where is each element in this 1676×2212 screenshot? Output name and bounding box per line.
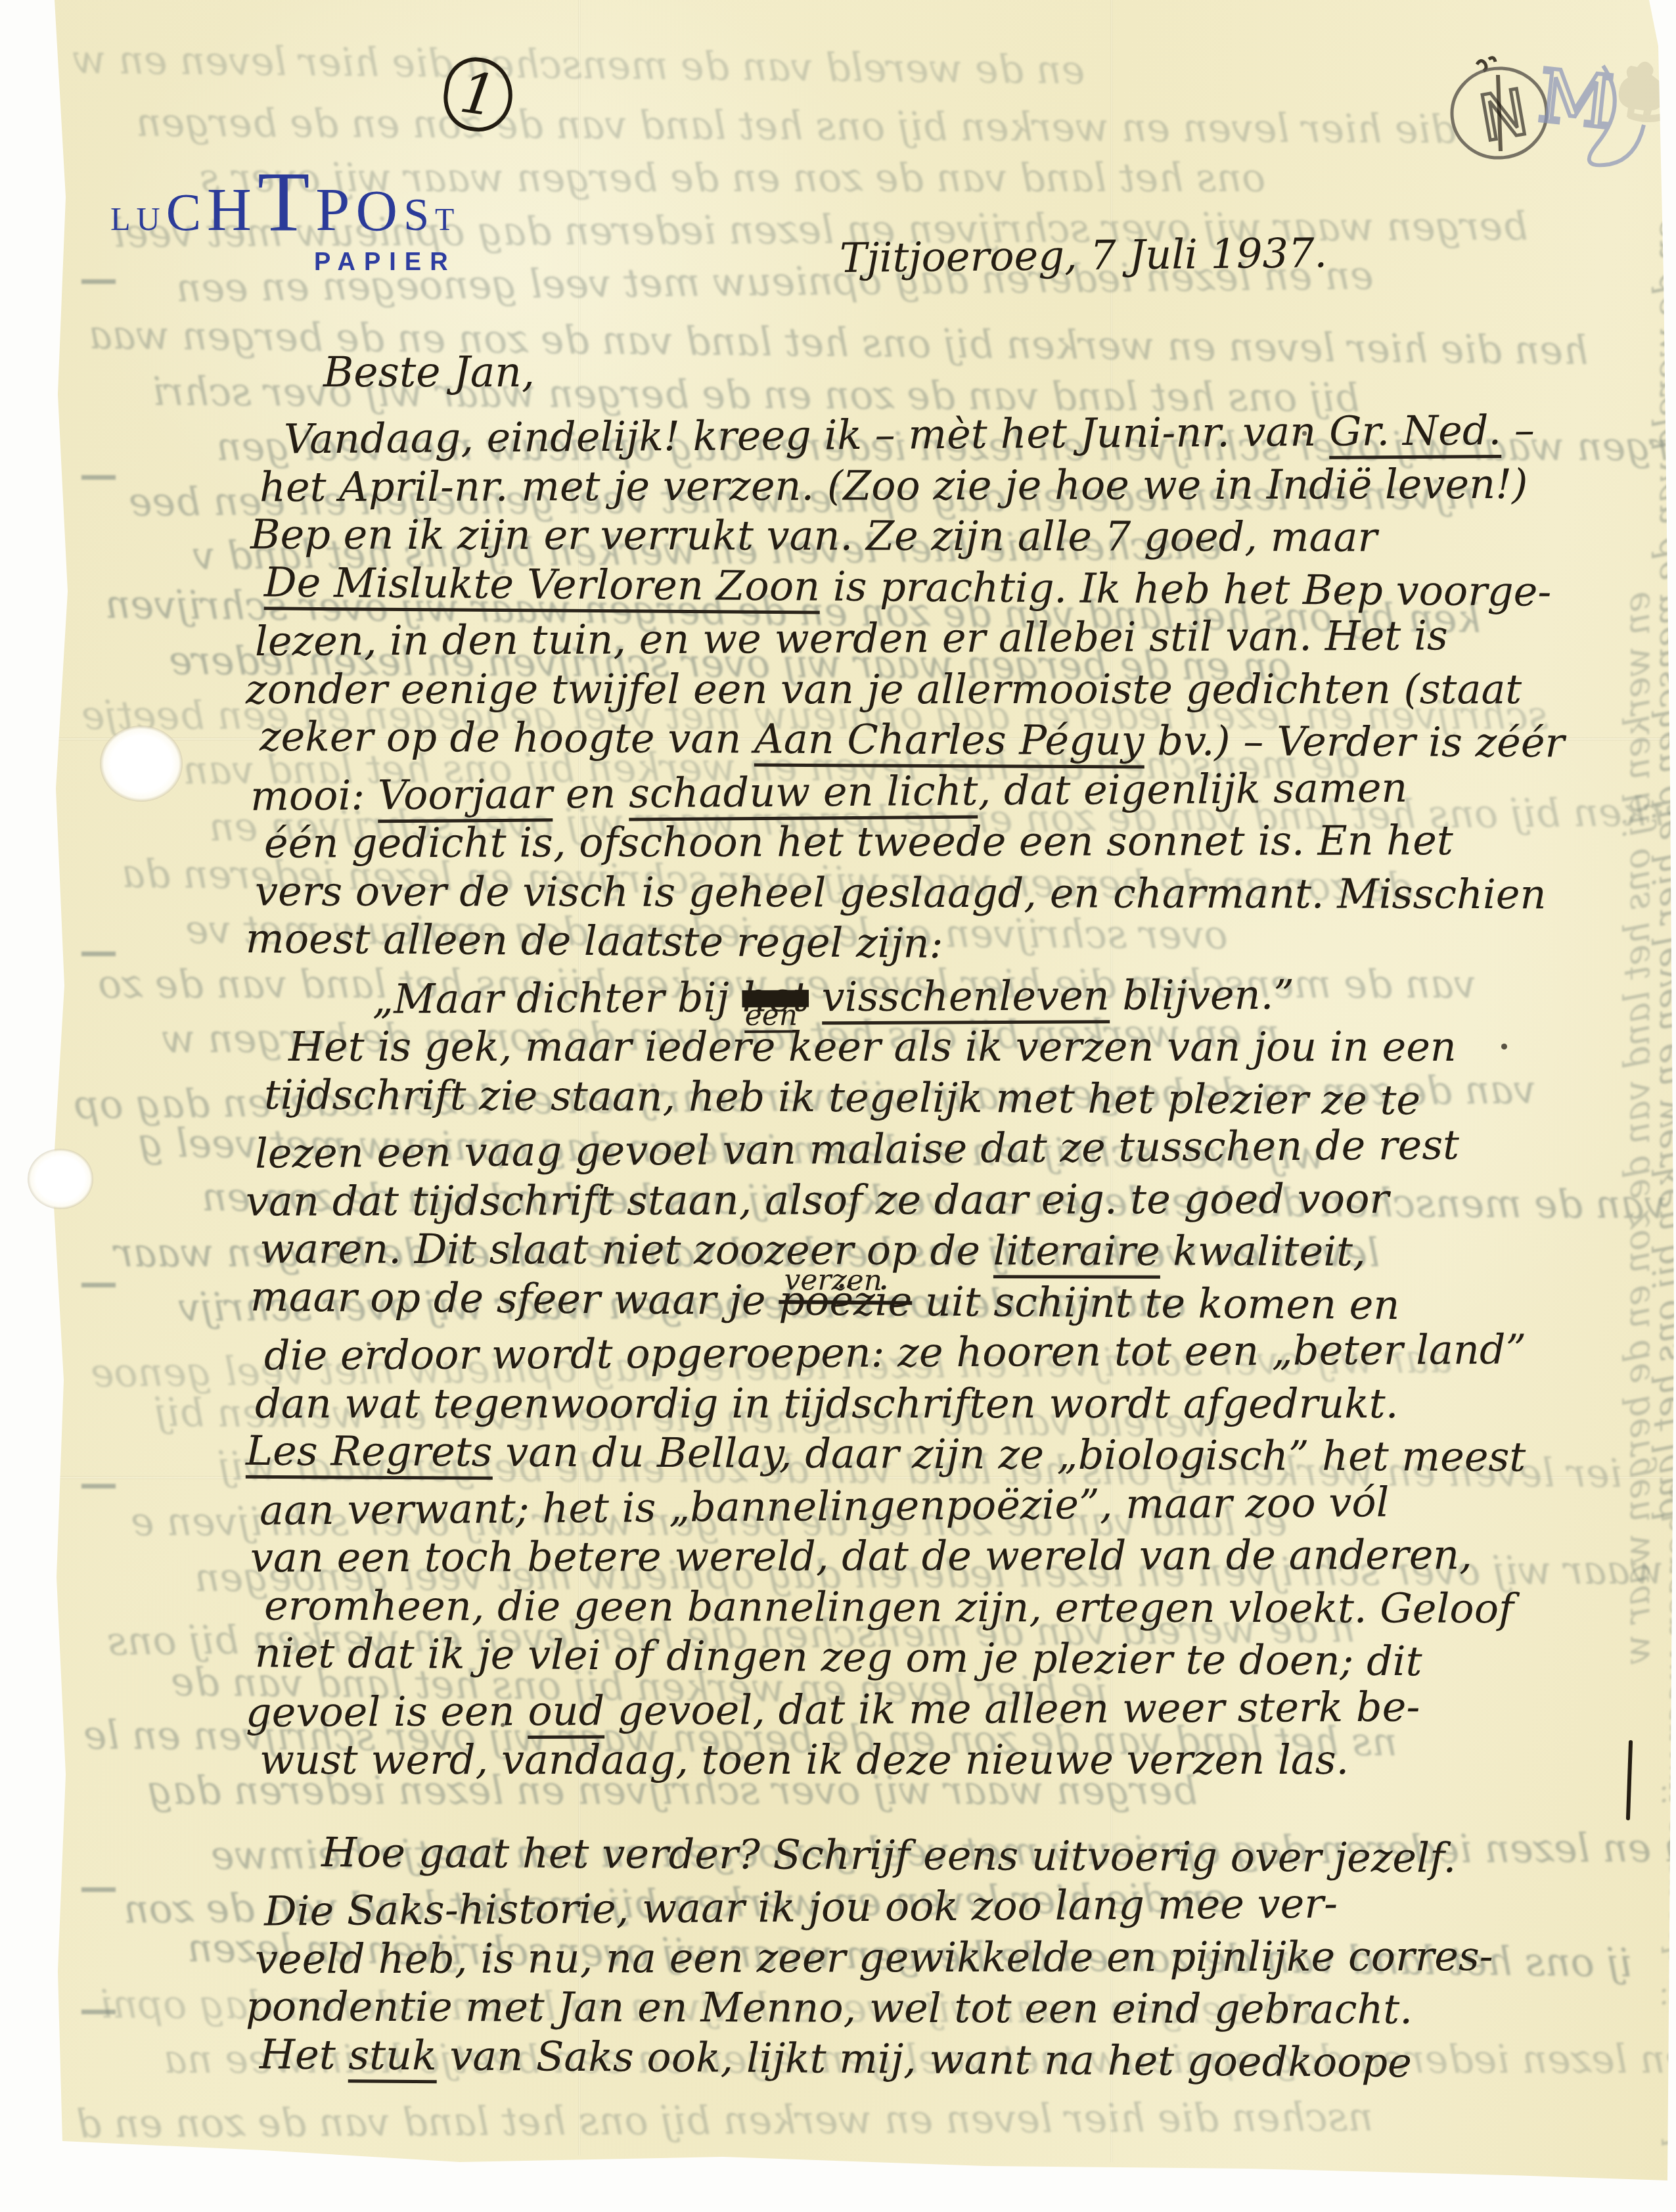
underlined-phrase: Les Regrets xyxy=(246,1427,493,1480)
letter-line: eromheen, die geen bannelingen zijn, ert… xyxy=(264,1580,1635,1634)
underlined-phrase: Aan Charles Péguy xyxy=(754,715,1144,769)
letter-line: zeker op de hoogte van Aan Charles Péguy… xyxy=(260,711,1635,769)
underlined-phrase: visschenleven xyxy=(822,971,1110,1025)
letter-line: één gedicht is, ofschoon het tweede een … xyxy=(264,814,1635,869)
handwritten-text: – xyxy=(1501,406,1535,454)
handwritten-text: Die Saks-historie, waar ik jou ook zoo l… xyxy=(264,1879,1338,1935)
bleedthrough-dash xyxy=(81,2010,116,2014)
handwritten-text: Het xyxy=(260,2030,349,2079)
handwritten-text: Vandaag, eindelijk! kreeg ik – mèt het J… xyxy=(284,407,1330,463)
ink-speck xyxy=(1302,431,1307,436)
handwritten-text: vers over de visch is geheel geslaagd, e… xyxy=(255,867,1547,918)
handwritten-text: blijven.” xyxy=(1109,970,1294,1019)
letter-line: Het is gek, maar iedere keer als ik verz… xyxy=(288,1021,1635,1072)
letter-line: niet dat ik je vlei of dingen zeg om je … xyxy=(255,1627,1635,1688)
letter-line: De Mislukte Verloren Zoon is prachtig. I… xyxy=(264,557,1635,618)
letter-line: moest alleen de laatste regel zijn: xyxy=(246,913,1635,974)
letter-body: Vandaag, eindelijk! kreeg ik – mèt het J… xyxy=(255,409,1635,2085)
pencil-letter: N xyxy=(1474,76,1533,156)
handwritten-text: aan verwant; het is „bannelingenpoëzie”,… xyxy=(260,1478,1390,1534)
ink-speck xyxy=(501,1723,505,1727)
letterhead-letter: O xyxy=(356,183,404,241)
handwritten-text: van dat tijdschrift staan, alsof ze daar… xyxy=(246,1174,1389,1225)
letterhead: LUCHTPOST PAPIER xyxy=(110,159,460,277)
underlined-phrase: Gr. Ned. xyxy=(1329,406,1502,459)
letter-paper: en de wereld van de menschen die hier le… xyxy=(0,0,1676,2212)
handwritten-text: en xyxy=(553,769,629,818)
dateline: Tjitjoeroeg, 7 Juli 1937. xyxy=(840,229,1328,282)
ink-stroke xyxy=(1498,75,1501,151)
underlined-phrase: oud xyxy=(528,1686,604,1739)
bleedthrough-margin-column: e bergen waar wij over schrijven en leze xyxy=(1656,1479,1676,2207)
handwritten-text: waren. Dit slaat niet zoozeer op de xyxy=(260,1224,993,1274)
underlined-phrase: schaduw en licht xyxy=(629,766,978,821)
inserted-word: verzen xyxy=(784,1266,882,1295)
ink-speck xyxy=(1501,1044,1507,1049)
letter-line: Les Regrets van du Bellay, daar zijn ze … xyxy=(246,1425,1635,1483)
letter-line: van dat tijdschrift staan, alsof ze daar… xyxy=(246,1172,1635,1227)
handwritten-text: maar op de sfeer waar je xyxy=(250,1272,779,1324)
handwritten-text: uit schijnt te komen en xyxy=(912,1277,1400,1328)
handwritten-text: moest alleen de laatste regel zijn: xyxy=(246,914,943,967)
letterhead-letter: H xyxy=(207,179,258,241)
letter-line: van een toch betere wereld, dat de werel… xyxy=(250,1529,1635,1583)
letter-line: mooi: Voorjaar en schaduw en licht, dat … xyxy=(250,760,1635,821)
handwritten-text: veeld heb, is nu, na een zeer gewikkelde… xyxy=(255,1931,1493,1983)
handwritten-text: is prachtig. Ik heb het Bep voorge- xyxy=(820,562,1552,615)
letter-line: die erdoor wordt opgeroepen: ze hooren t… xyxy=(264,1324,1635,1381)
handwritten-text: wust werd, vandaag, toen ik deze nieuwe … xyxy=(260,1736,1349,1784)
bleedthrough-line: hen die hier leven en werken bij ons het… xyxy=(89,312,1589,374)
paper-hole xyxy=(100,726,183,802)
letter-line: „Maar dichter bij heteen visschenleven b… xyxy=(373,967,1635,1025)
letter-line: Hoe gaat het verder? Schrijf eens uitvoe… xyxy=(321,1827,1635,1884)
corner-marks: N M xyxy=(1406,39,1676,237)
handwritten-text: het April-nr. met je verzen. (Zoo zie je… xyxy=(260,459,1528,511)
salutation: Beste Jan, xyxy=(323,348,535,396)
handwritten-text: zonder eenige twijfel een van je allermo… xyxy=(246,665,1522,713)
struck-word: heteen xyxy=(742,973,809,1021)
handwritten-text: Het is gek, maar iedere keer als ik verz… xyxy=(288,1023,1457,1071)
letter-line: dan wat tegenwoordig in tijdschriften wo… xyxy=(255,1378,1635,1429)
letterhead-letter: P xyxy=(315,179,355,241)
letter-line: tijdschrift zie staan, heb ik tegelijk m… xyxy=(264,1069,1635,1126)
letterhead-letter: S xyxy=(403,193,435,239)
letter-line: waren. Dit slaat niet zoozeer op de lite… xyxy=(260,1223,1635,1278)
bleedthrough-line: en de wereld van de menschen die hier le… xyxy=(72,37,1085,93)
handwritten-text: kwaliteit, xyxy=(1160,1227,1366,1276)
handwritten-text: lezen, in den tuin, en we werden er alle… xyxy=(255,611,1448,665)
handwritten-text: „Maar dichter bij xyxy=(373,973,742,1023)
handwritten-text: mooi: xyxy=(250,771,378,819)
underlined-phrase: De Mislukte Verloren Zoon xyxy=(264,558,821,614)
letter-line: zonder eenige twijfel een van je allermo… xyxy=(246,664,1635,715)
handwritten-text: Hoe gaat het verder? Schrijf eens uitvoe… xyxy=(321,1828,1457,1881)
letter-line: lezen een vaag gevoel van malaise dat ze… xyxy=(255,1118,1635,1179)
bleedthrough-dash xyxy=(81,1484,116,1488)
handwritten-text: van een toch betere wereld, dat de werel… xyxy=(250,1531,1472,1582)
handwritten-text: één gedicht is, ofschoon het tweede een … xyxy=(264,816,1453,867)
scanned-letter-page: en de wereld van de menschen die hier le… xyxy=(0,0,1676,2212)
letter-line: gevoel is een oud gevoel, dat ik me alle… xyxy=(246,1680,1635,1738)
letter-line: het April-nr. met je verzen. (Zoo zie je… xyxy=(260,458,1635,513)
letterhead-letter: T xyxy=(258,159,315,244)
bleedthrough-dash xyxy=(81,1887,116,1892)
paper-edge-tear xyxy=(28,1149,93,1209)
handwritten-text: dan wat tegenwoordig in tijdschriften wo… xyxy=(255,1379,1398,1427)
handwritten-text: eromheen, die geen bannelingen zijn, ert… xyxy=(264,1581,1514,1632)
bleedthrough-dash xyxy=(81,475,116,480)
letterhead-letter: C xyxy=(166,187,207,239)
handwritten-text: tijdschrift zie staan, heb ik tegelijk m… xyxy=(264,1070,1420,1124)
letter-line: veeld heb, is nu, na een zeer gewikkelde… xyxy=(255,1930,1635,1985)
letter-line: wust werd, vandaag, toen ik deze nieuwe … xyxy=(260,1734,1635,1786)
page-number-digit: 1 xyxy=(456,60,501,130)
handwritten-text: die erdoor wordt opgeroepen: ze hooren t… xyxy=(264,1325,1527,1379)
bleedthrough-line: die hier leven en werken bij ons het lan… xyxy=(136,100,1456,153)
handwritten-text: zeker op de hoogte van xyxy=(260,712,754,763)
handwritten-text: bv.) – Verder is zéér xyxy=(1144,716,1564,766)
struck-word: poëzieverzen xyxy=(779,1276,912,1325)
handwritten-text: van Saks ook, lijkt mij, want na het goe… xyxy=(436,2031,1412,2086)
letter-line: vers over de visch is geheel geslaagd, e… xyxy=(255,865,1635,920)
letter-line: aan verwant; het is „bannelingenpoëzie”,… xyxy=(260,1475,1635,1536)
handwritten-text: lezen een vaag gevoel van malaise dat ze… xyxy=(255,1120,1460,1177)
handwritten-text xyxy=(809,973,822,1021)
handwritten-text: niet dat ik je vlei of dingen zeg om je … xyxy=(255,1628,1422,1685)
handwritten-text: van du Bellay, daar zijn ze „biologisch”… xyxy=(492,1428,1526,1481)
bleedthrough-margin-column: en de wereld van de menschen die hier le… xyxy=(1646,217,1676,1521)
underlined-phrase: stuk xyxy=(348,2031,437,2083)
letterhead-letter: L xyxy=(110,202,137,235)
embossed-lion-stamp xyxy=(1619,62,1669,122)
letter-line: Vandaag, eindelijk! kreeg ik – mèt het J… xyxy=(284,403,1635,465)
underlined-phrase: Voorjaar xyxy=(378,770,553,823)
handwritten-text: gevoel, dat ik me alleen weer sterk be- xyxy=(604,1682,1420,1734)
letter-line: Die Saks-historie, waar ik jou ook zoo l… xyxy=(264,1876,1635,1937)
bleedthrough-line: nschen die hier leven en werken bij ons … xyxy=(76,2094,1373,2147)
letterhead-papier: PAPIER xyxy=(314,248,460,277)
handwritten-text: , dat eigenlijk samen xyxy=(978,763,1407,814)
ink-speck xyxy=(791,632,796,637)
handwritten-text: gevoel is een xyxy=(246,1687,528,1736)
circled-page-number: 1 xyxy=(440,53,518,135)
letterhead-letter: U xyxy=(137,202,166,235)
handwritten-text: Bep en ik zijn er verrukt van. Ze zijn a… xyxy=(250,510,1377,561)
handwritten-text: pondentie met Jan en Menno, wel tot een … xyxy=(246,1982,1413,2033)
letter-line: maar op de sfeer waar je poëzieverzen ui… xyxy=(250,1271,1635,1332)
letter-line: Het stuk van Saks ook, lijkt mij, want n… xyxy=(260,2029,1635,2090)
letter-line: lezen, in den tuin, en we werden er alle… xyxy=(255,609,1635,667)
letterhead-letter: T xyxy=(435,204,460,236)
bleedthrough-dash xyxy=(81,952,116,956)
letterhead-luchtpost: LUCHTPOST xyxy=(110,159,460,244)
underlined-phrase: literaire xyxy=(993,1226,1160,1279)
letter-line: Bep en ik zijn er verrukt van. Ze zijn a… xyxy=(250,509,1635,563)
ink-speck xyxy=(367,1342,371,1346)
bleedthrough-dash xyxy=(81,1283,116,1287)
bleedthrough-dash xyxy=(81,279,116,284)
letter-line: pondentie met Jan en Menno, wel tot een … xyxy=(246,1981,1635,2035)
